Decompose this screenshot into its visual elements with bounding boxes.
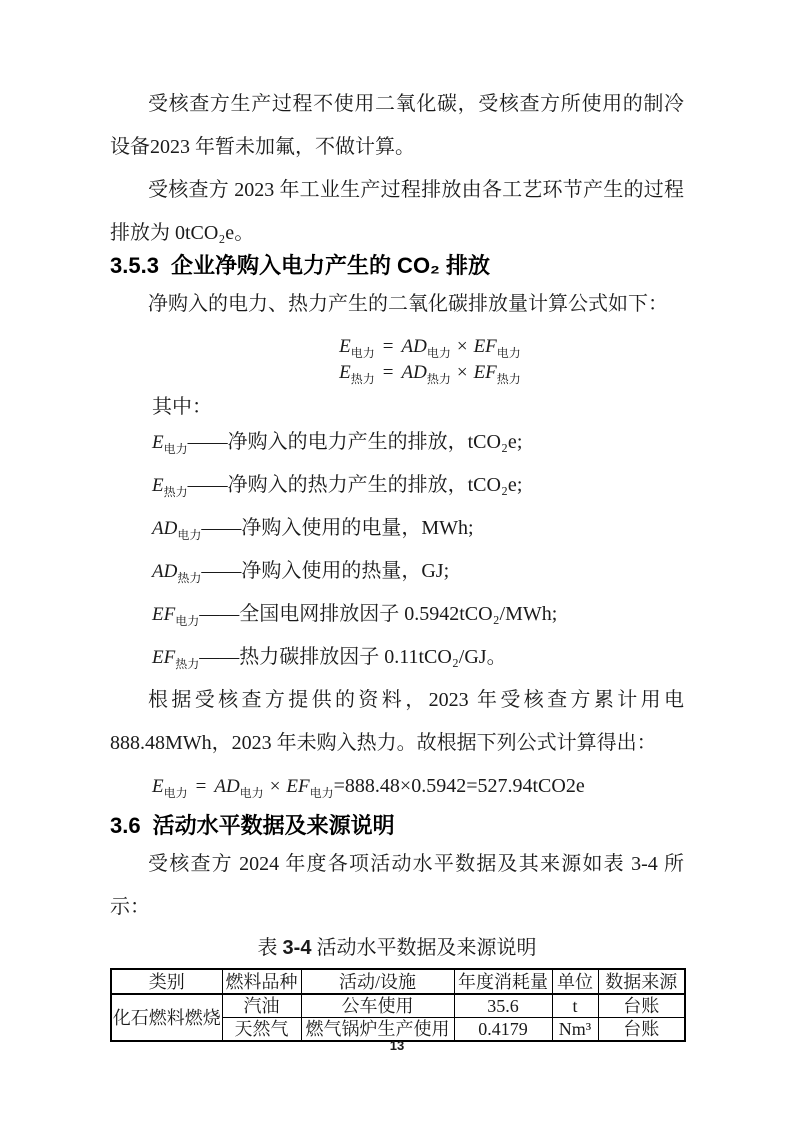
equals-sign: = <box>383 362 394 383</box>
section-title: 活动水平数据及来源说明 <box>153 813 395 838</box>
symbol: EF <box>152 647 175 668</box>
cell-source: 台账 <box>598 994 685 1018</box>
caption-number: 3-4 <box>283 937 312 959</box>
symbol-subscript: 热力 <box>164 485 188 499</box>
symbol: AD <box>152 518 177 539</box>
var-AD-subscript: 热力 <box>427 372 451 386</box>
caption-title: 活动水平数据及来源说明 <box>316 937 536 959</box>
header-cell-fuel: 燃料品种 <box>222 969 301 994</box>
section-heading-3-5-3: 3.5.3企业净购入电力产生的 CO₂ 排放 <box>110 249 684 283</box>
formula-electricity: E电力=AD电力×EF电力 <box>176 334 684 360</box>
var-AD-subscript: 电力 <box>427 346 451 360</box>
symbol: EF <box>152 604 175 625</box>
definition-text: ——净购入使用的热量，GJ; <box>201 560 449 582</box>
definition-text: ——全国电网排放因子 0.5942tCO₂/MWh; <box>199 603 557 625</box>
header-cell-activity: 活动/设施 <box>301 969 454 994</box>
cell-activity: 公车使用 <box>301 994 454 1018</box>
symbol: E <box>152 475 164 496</box>
section-title: 企业净购入电力产生的 CO₂ 排放 <box>171 253 490 278</box>
header-cell-category: 类别 <box>111 969 222 994</box>
section-heading-3-6: 3.6活动水平数据及来源说明 <box>110 809 684 843</box>
var-E-subscript: 电力 <box>164 786 188 800</box>
multiply-sign: × <box>457 336 468 357</box>
definition-text: ——热力碳排放因子 0.11tCO₂/GJ。 <box>199 646 506 668</box>
section-number: 3.5.3 <box>110 253 159 278</box>
document-page: 受核查方生产过程不使用二氧化碳，受核查方所使用的制冷设备2023 年暂未加氟，不… <box>0 0 794 1123</box>
symbol-subscript: 电力 <box>164 442 188 456</box>
symbol-subscript: 热力 <box>175 657 199 671</box>
paragraph-process-emission: 受核查方 2023 年工业生产过程排放由各工艺环节产生的过程排放为 0tCO₂e… <box>110 169 684 255</box>
cell-unit: t <box>552 994 598 1018</box>
symbol: AD <box>152 561 177 582</box>
var-AD: AD <box>214 776 239 797</box>
definition-item: AD热力——净购入使用的热量，GJ; <box>110 550 684 593</box>
var-E-subscript: 热力 <box>351 372 375 386</box>
var-EF: EF <box>474 362 497 383</box>
section-number: 3.6 <box>110 813 141 838</box>
var-E: E <box>339 336 351 357</box>
table-caption: 表 3-4 活动水平数据及来源说明 <box>110 932 684 964</box>
var-AD: AD <box>402 336 427 357</box>
paragraph-formula-intro: 净购入的电力、热力产生的二氧化碳排放量计算公式如下： <box>110 283 684 326</box>
formula-block: E电力=AD电力×EF电力 E热力=AD热力×EF热力 <box>176 334 684 386</box>
cell-category: 化石燃料燃烧 <box>111 994 222 1041</box>
paragraph-refrigerant: 受核查方生产过程不使用二氧化碳，受核查方所使用的制冷设备2023 年暂未加氟，不… <box>110 83 684 169</box>
var-AD-subscript: 电力 <box>240 786 264 800</box>
definition-item: AD电力——净购入使用的电量，MWh; <box>110 507 684 550</box>
var-E: E <box>339 362 351 383</box>
activity-data-table: 类别 燃料品种 活动/设施 年度消耗量 单位 数据来源 化石燃料燃烧 汽油 公车… <box>110 968 686 1042</box>
header-cell-amount: 年度消耗量 <box>454 969 552 994</box>
var-EF: EF <box>474 336 497 357</box>
definition-item: E电力——净购入的电力产生的排放，tCO₂e; <box>110 421 684 464</box>
caption-prefix: 表 <box>258 937 278 959</box>
definition-text: ——净购入的热力产生的排放，tCO₂e; <box>188 474 523 496</box>
multiply-sign: × <box>457 362 468 383</box>
paragraph-electricity-usage: 根据受核查方提供的资料，2023 年受核查方累计用电 888.48MWh，202… <box>110 679 684 765</box>
definition-item: EF电力——全国电网排放因子 0.5942tCO₂/MWh; <box>110 593 684 636</box>
definition-item: EF热力——热力碳排放因子 0.11tCO₂/GJ。 <box>110 636 684 679</box>
definition-text: ——净购入的电力产生的排放，tCO₂e; <box>188 431 523 453</box>
symbol-subscript: 电力 <box>175 614 199 628</box>
symbol-subscript: 电力 <box>177 528 201 542</box>
header-cell-source: 数据来源 <box>598 969 685 994</box>
definition-item: E热力——净购入的热力产生的排放，tCO₂e; <box>110 464 684 507</box>
table-header-row: 类别 燃料品种 活动/设施 年度消耗量 单位 数据来源 <box>111 969 685 994</box>
var-EF: EF <box>286 776 309 797</box>
page-number: 13 <box>0 1038 794 1053</box>
cell-amount: 35.6 <box>454 994 552 1018</box>
definitions-list: E电力——净购入的电力产生的排放，tCO₂e; E热力——净购入的热力产生的排放… <box>110 421 684 679</box>
symbol-subscript: 热力 <box>177 571 201 585</box>
equals-sign: = <box>383 336 394 357</box>
paragraph-activity-data-intro: 受核查方 2024 年度各项活动水平数据及其来源如表 3-4 所示： <box>110 843 684 929</box>
var-E: E <box>152 776 164 797</box>
var-EF-subscript: 电力 <box>497 346 521 360</box>
header-cell-unit: 单位 <box>552 969 598 994</box>
cell-fuel: 汽油 <box>222 994 301 1018</box>
var-EF-subscript: 热力 <box>497 372 521 386</box>
formula-heat: E热力=AD热力×EF热力 <box>176 360 684 386</box>
table-row: 化石燃料燃烧 汽油 公车使用 35.6 t 台账 <box>111 994 685 1018</box>
var-E-subscript: 电力 <box>351 346 375 360</box>
definition-text: ——净购入使用的电量，MWh; <box>201 517 473 539</box>
formula-calculation: E电力=AD电力×EF电力=888.48×0.5942=527.94tCO2e <box>110 765 684 808</box>
var-AD: AD <box>402 362 427 383</box>
symbol: E <box>152 432 164 453</box>
multiply-sign: × <box>270 776 281 797</box>
calculation-result: =888.48×0.5942=527.94tCO2e <box>334 775 585 797</box>
equals-sign: = <box>196 776 207 797</box>
var-EF-subscript: 电力 <box>310 786 334 800</box>
